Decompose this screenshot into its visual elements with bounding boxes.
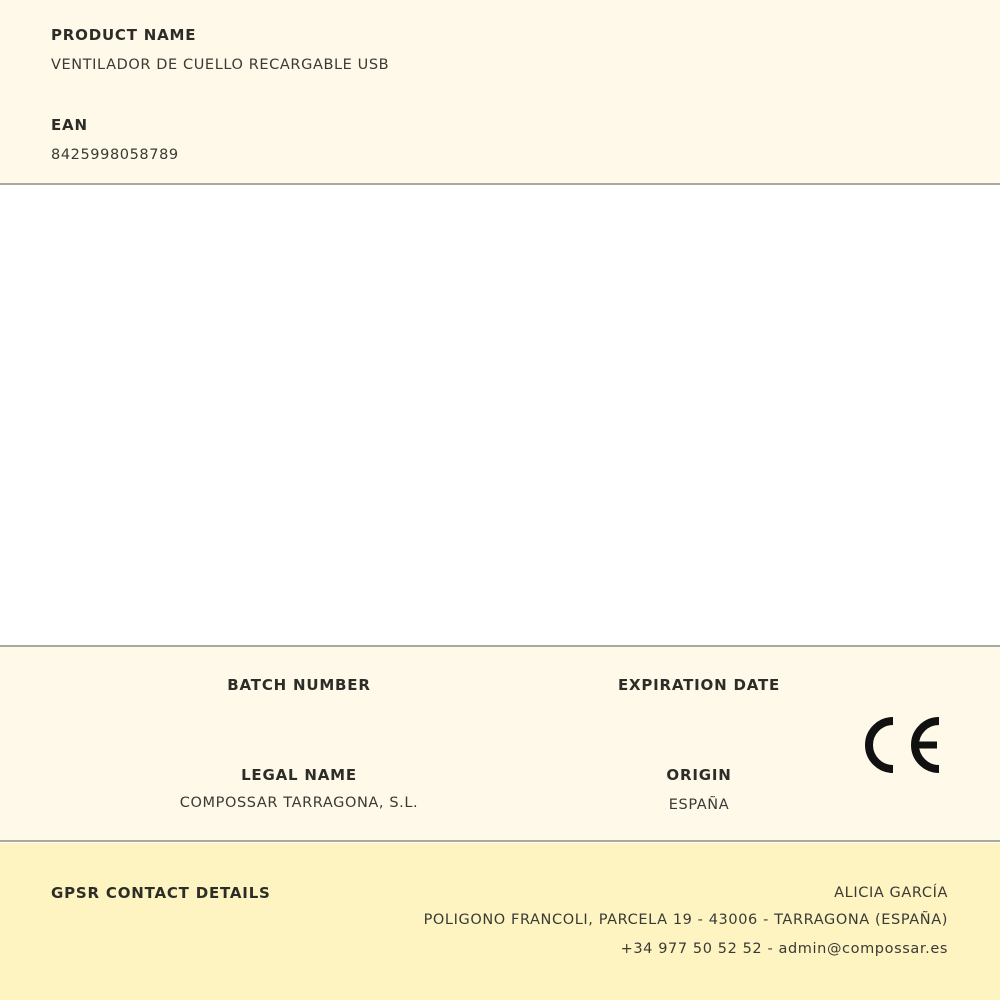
legal-name-label: LEGAL NAME — [241, 766, 357, 784]
gpsr-contact-section: GPSR CONTACT DETAILS ALICIA GARCÍA POLIG… — [0, 843, 1000, 1000]
gpsr-contact-label: GPSR CONTACT DETAILS — [51, 884, 271, 902]
origin-label: ORIGIN — [666, 766, 731, 784]
product-name-value: VENTILADOR DE CUELLO RECARGABLE USB — [51, 56, 389, 74]
expiration-date-label: EXPIRATION DATE — [618, 676, 780, 694]
ce-mark-icon — [859, 715, 941, 775]
ean-value: 8425998058789 — [51, 146, 179, 164]
ean-label: EAN — [51, 116, 88, 134]
origin-value: ESPAÑA — [669, 796, 729, 814]
legal-name-value: COMPOSSAR TARRAGONA, S.L. — [180, 794, 419, 812]
product-info-section: PRODUCT NAME VENTILADOR DE CUELLO RECARG… — [0, 0, 1000, 185]
contact-address: POLIGONO FRANCOLI, PARCELA 19 - 43006 - … — [424, 911, 948, 929]
blank-content-area — [0, 187, 1000, 645]
product-details-section: BATCH NUMBER EXPIRATION DATE LEGAL NAME … — [0, 645, 1000, 842]
product-name-label: PRODUCT NAME — [51, 26, 196, 44]
contact-person: ALICIA GARCÍA — [834, 884, 948, 902]
contact-phone-email: +34 977 50 52 52 - admin@compossar.es — [621, 940, 948, 958]
batch-number-label: BATCH NUMBER — [227, 676, 370, 694]
